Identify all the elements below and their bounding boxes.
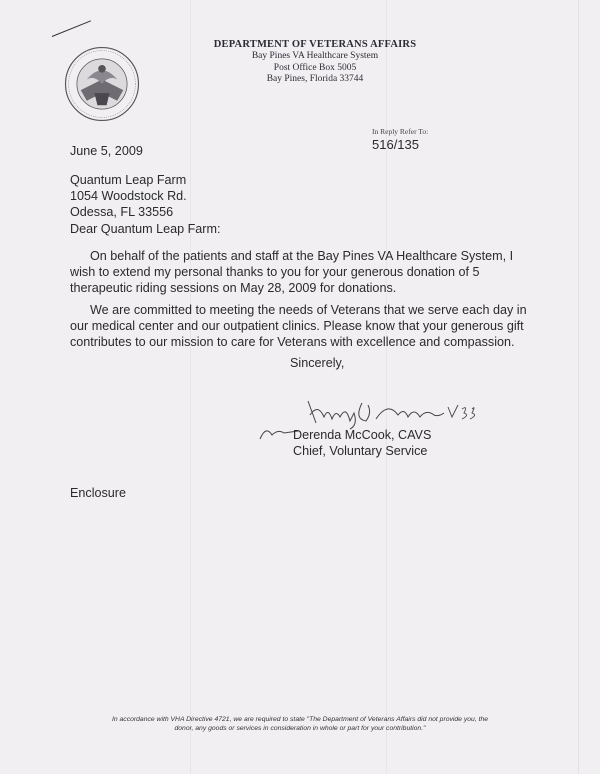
recipient-city: Odessa, FL 33556 <box>70 204 187 220</box>
reference-number: 516/135 <box>372 137 428 152</box>
body-paragraph: We are committed to meeting the needs of… <box>70 302 540 350</box>
po-box: Post Office Box 5005 <box>200 63 430 75</box>
salutation: Dear Quantum Leap Farm: <box>70 221 221 237</box>
page-crease <box>386 0 387 774</box>
closing: Sincerely, <box>290 355 344 371</box>
signer-name: Derenda McCook, CAVS <box>293 427 431 443</box>
letter-date: June 5, 2009 <box>70 143 143 159</box>
footer-disclaimer: In accordance with VHA Directive 4721, w… <box>70 715 530 733</box>
va-seal-icon <box>64 46 140 122</box>
recipient-street: 1054 Woodstock Rd. <box>70 188 187 204</box>
city-state-zip: Bay Pines, Florida 33744 <box>200 74 430 86</box>
page-edge <box>578 0 579 774</box>
footer-line: donor, any goods or services in consider… <box>70 724 530 733</box>
recipient-address: Quantum Leap Farm 1054 Woodstock Rd. Ode… <box>70 172 187 220</box>
page-crease <box>190 0 191 774</box>
signature-block: Derenda McCook, CAVS Chief, Voluntary Se… <box>293 427 431 459</box>
department-name: DEPARTMENT OF VETERANS AFFAIRS <box>200 38 430 51</box>
signer-title: Chief, Voluntary Service <box>293 443 431 459</box>
letterhead: DEPARTMENT OF VETERANS AFFAIRS Bay Pines… <box>200 38 430 86</box>
reference-block: In Reply Refer To: 516/135 <box>372 127 428 152</box>
pen-mark <box>52 20 91 37</box>
letter-page: DEPARTMENT OF VETERANS AFFAIRS Bay Pines… <box>0 0 600 774</box>
enclosure-note: Enclosure <box>70 485 126 501</box>
facility-name: Bay Pines VA Healthcare System <box>200 51 430 63</box>
body-paragraph: On behalf of the patients and staff at t… <box>70 248 540 296</box>
recipient-name: Quantum Leap Farm <box>70 172 187 188</box>
reference-label: In Reply Refer To: <box>372 127 428 136</box>
footer-line: In accordance with VHA Directive 4721, w… <box>70 715 530 724</box>
